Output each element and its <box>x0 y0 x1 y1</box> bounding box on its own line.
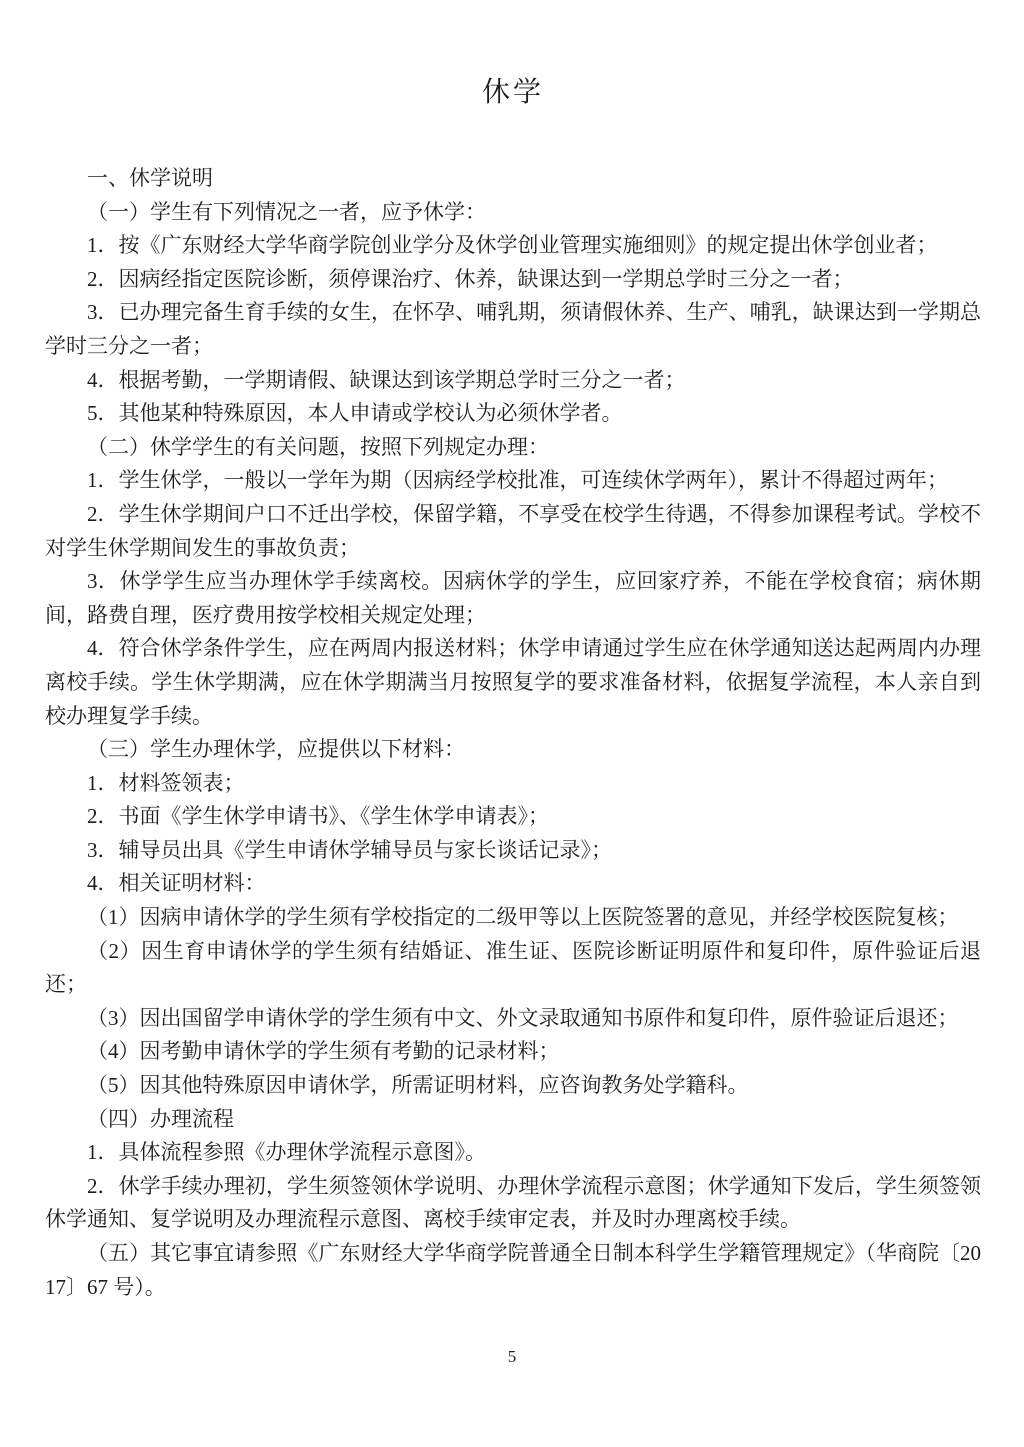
clause-1-3-4-5: （5）因其他特殊原因申请休学，所需证明材料，应咨询教务处学籍科。 <box>45 1069 981 1103</box>
clause-1-3-4: 4．相关证明材料： <box>45 867 981 901</box>
subheading-1-5: （五）其它事宜请参照《广东财经大学华商学院普通全日制本科学生学籍管理规定》（华商… <box>45 1237 981 1304</box>
clause-1-2-2: 2．学生休学期间户口不迁出学校，保留学籍，不享受在校学生待遇，不得参加课程考试。… <box>45 498 981 565</box>
clause-1-1-3: 3．已办理完备生育手续的女生，在怀孕、哺乳期，须请假休养、生产、哺乳，缺课达到一… <box>45 296 981 363</box>
page-title: 休学 <box>45 74 981 112</box>
subheading-1-1: （一）学生有下列情况之一者，应予休学： <box>45 196 981 230</box>
clause-1-2-3: 3．休学学生应当办理休学手续离校。因病休学的学生，应回家疗养，不能在学校食宿；病… <box>45 565 981 632</box>
subheading-1-3: （三）学生办理休学，应提供以下材料： <box>45 733 981 767</box>
clause-1-3-1: 1．材料签领表； <box>45 767 981 801</box>
clause-1-3-4-2: （2）因生育申请休学的学生须有结婚证、准生证、医院诊断证明原件和复印件，原件验证… <box>45 935 981 1002</box>
subheading-1-4: （四）办理流程 <box>45 1103 981 1137</box>
clause-1-3-4-1: （1）因病申请休学的学生须有学校指定的二级甲等以上医院签署的意见，并经学校医院复… <box>45 901 981 935</box>
subheading-1-2: （二）休学学生的有关问题，按照下列规定办理： <box>45 431 981 465</box>
clause-1-1-4: 4．根据考勤，一学期请假、缺课达到该学期总学时三分之一者； <box>45 364 981 398</box>
clause-1-1-5: 5．其他某种特殊原因，本人申请或学校认为必须休学者。 <box>45 397 981 431</box>
clause-1-3-3: 3．辅导员出具《学生申请休学辅导员与家长谈话记录》； <box>45 834 981 868</box>
document-page: 休学 一、休学说明 （一）学生有下列情况之一者，应予休学： 1．按《广东财经大学… <box>0 0 1024 1447</box>
clause-1-3-4-3: （3）因出国留学申请休学的学生须有中文、外文录取通知书原件和复印件，原件验证后退… <box>45 1002 981 1036</box>
clause-1-4-1: 1．具体流程参照《办理休学流程示意图》。 <box>45 1136 981 1170</box>
clause-1-1-2: 2．因病经指定医院诊断，须停课治疗、休养，缺课达到一学期总学时三分之一者； <box>45 263 981 297</box>
heading-section-1: 一、休学说明 <box>45 162 981 196</box>
clause-1-4-2: 2．休学手续办理初，学生须签领休学说明、办理休学流程示意图；休学通知下发后，学生… <box>45 1170 981 1237</box>
document-body: 休学 一、休学说明 （一）学生有下列情况之一者，应予休学： 1．按《广东财经大学… <box>45 74 981 1304</box>
page-number: 5 <box>0 1347 1024 1367</box>
clause-1-3-4-4: （4）因考勤申请休学的学生须有考勤的记录材料； <box>45 1035 981 1069</box>
clause-1-2-1: 1．学生休学，一般以一学年为期（因病经学校批准，可连续休学两年），累计不得超过两… <box>45 464 981 498</box>
clause-1-3-2: 2．书面《学生休学申请书》、《学生休学申请表》； <box>45 800 981 834</box>
clause-1-2-4: 4．符合休学条件学生，应在两周内报送材料；休学申请通过学生应在休学通知送达起两周… <box>45 632 981 733</box>
clause-1-1-1: 1．按《广东财经大学华商学院创业学分及休学创业管理实施细则》的规定提出休学创业者… <box>45 229 981 263</box>
